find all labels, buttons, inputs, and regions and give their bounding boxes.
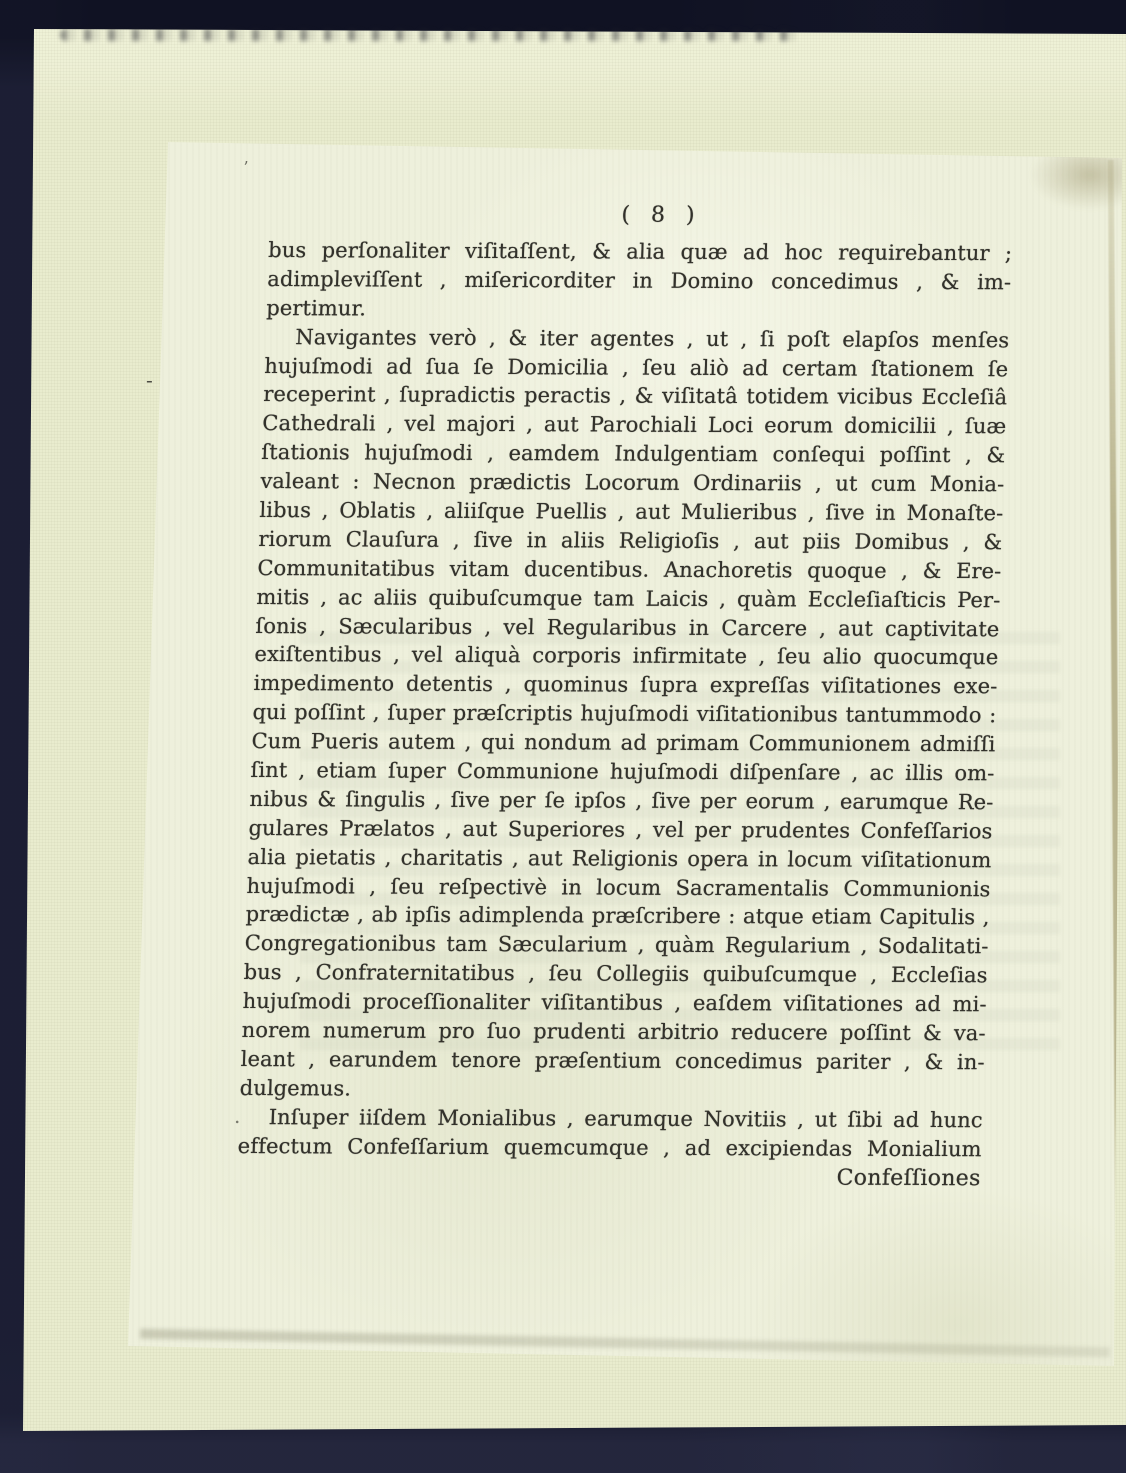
text-line: mitis , ac aliis quibuſcumque tam Laicis…	[256, 583, 1001, 615]
margin-dot-mark: .	[234, 1104, 240, 1128]
text-line: alia pietatis , charitatis , aut Religio…	[247, 843, 992, 875]
text-line: libus , Oblatis , aliiſque Puellis , aut…	[259, 496, 1004, 528]
text-line: dulgemus.	[239, 1074, 984, 1106]
text-line: qui poſſint , ſuper præſcriptis hujuſmod…	[252, 698, 997, 730]
text-line: riorum Clauſura , ſive in aliis Religioſ…	[258, 525, 1003, 557]
page-number: ( 8 )	[269, 200, 1014, 239]
text-line: Communitatibus vitam ducentibus. Anachor…	[257, 554, 1002, 586]
text-line: pertimur.	[266, 294, 1011, 326]
text-line: receperint , ſupradictis peractis , & vi…	[263, 380, 1008, 412]
text-line: exiſtentibus , vel aliquà corporis infir…	[254, 640, 999, 672]
margin-tick-mark: ʼ	[243, 158, 248, 177]
text-line: prædictæ , ab ipſis adimplenda præſcribe…	[245, 900, 990, 932]
text-line: bus , Confraternitatibus , ſeu Collegiis…	[243, 958, 988, 990]
text-line: ſonis , Sæcularibus , vel Regularibus in…	[255, 612, 1000, 644]
page-text-block: ( 8 ) bus perſonaliter viſitaſſent, & al…	[236, 200, 1014, 1194]
text-line: leant , earundem tenore præſentium conce…	[240, 1045, 985, 1077]
text-line: norem numerum pro ſuo prudenti arbitrio …	[241, 1016, 986, 1048]
text-line: bus perſonaliter viſitaſſent, & alia quæ…	[268, 236, 1013, 268]
text-line: adimpleviſſent , miſericorditer in Domin…	[267, 265, 1012, 297]
text-line: ſtationis hujuſmodi , eamdem Indulgentia…	[261, 438, 1006, 470]
text-line: Cathedrali , vel majori , aut Parochiali…	[262, 409, 1007, 441]
text-line: Cum Pueris autem , qui nondum ad primam …	[251, 727, 996, 759]
text-line: Congregationibus tam Sæcularium , quàm R…	[244, 929, 989, 961]
text-line: ſint , etiam ſuper Communione hujuſmodi …	[250, 756, 995, 788]
page-text: bus perſonaliter viſitaſſent, & alia quæ…	[237, 236, 1012, 1164]
catchword: Confeſſiones	[236, 1161, 981, 1193]
text-line: hujuſmodi proceſſionaliter viſitantibus …	[242, 987, 987, 1019]
text-line: gulares Prælatos , aut Superiores , vel …	[248, 814, 993, 846]
margin-dash-mark: -	[146, 368, 153, 392]
text-line: impedimento detentis , quominus ſupra ex…	[253, 669, 998, 701]
text-line: Navigantes verò , & iter agentes , ut , …	[265, 323, 1010, 355]
text-line: nibus & ſingulis , ſive per ſe ipſos , ſ…	[249, 785, 994, 817]
photo-background: ( 8 ) bus perſonaliter viſitaſſent, & al…	[0, 0, 1126, 1473]
text-line: hujuſmodi , ſeu reſpectivè in locum Sacr…	[246, 872, 991, 904]
deckle-edge	[60, 29, 800, 41]
text-line: valeant : Necnon prædictis Locorum Ordin…	[260, 467, 1005, 499]
text-line: hujuſmodi ad ſua ſe Domicilia , ſeu aliò…	[264, 352, 1009, 384]
text-line: effectum Confeſſarium quemcumque , ad ex…	[237, 1132, 982, 1164]
text-line: Inſuper iiſdem Monialibus , earumque Nov…	[238, 1103, 983, 1135]
